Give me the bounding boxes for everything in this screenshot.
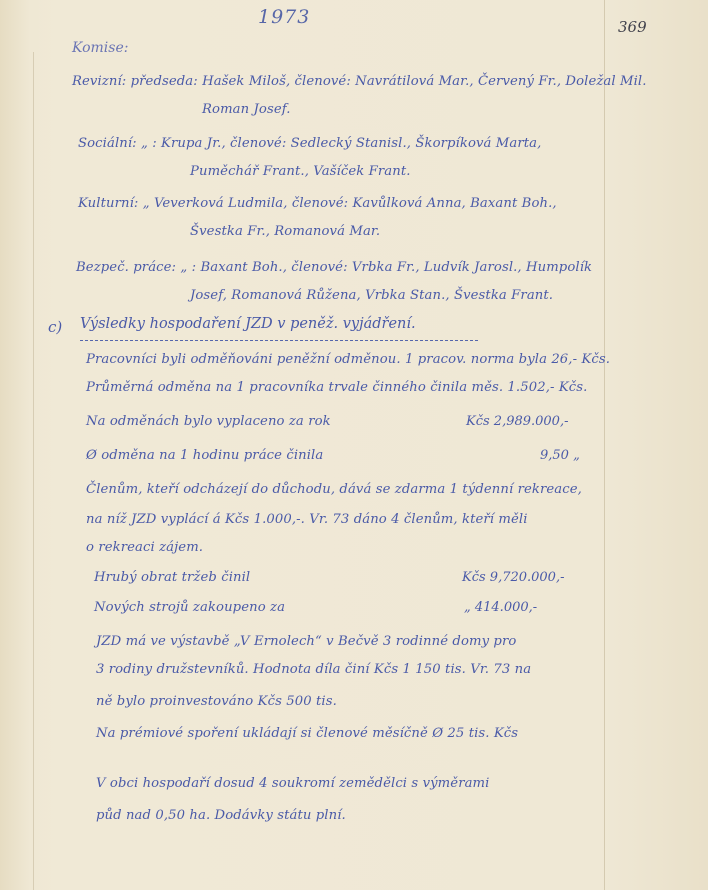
paragraph-line: o rekreaci zájem. <box>86 540 203 555</box>
turnover-value: Kčs 9,720.000,- <box>462 570 564 585</box>
paragraph-line: ně bylo proinvestováno Kčs 500 tis. <box>96 694 337 709</box>
hourly-reward-label: Ø odměna na 1 hodinu práce činila <box>86 448 323 463</box>
section-title: Výsledky hospodaření JZD v peněž. vyjádř… <box>80 316 416 332</box>
machines-value: „ 414.000,- <box>464 600 537 615</box>
paragraph-line: V obci hospodaří dosud 4 soukromí zemědě… <box>96 776 489 791</box>
rewards-value: Kčs 2,989.000,- <box>466 414 568 429</box>
kulturni-commission-line-1: Kulturní: „ Veverková Ludmila, členové: … <box>78 196 557 211</box>
bezpecnost-commission-line-2: Josef, Romanová Růžena, Vrbka Stan., Šve… <box>190 288 553 303</box>
machines-label: Nových strojů zakoupeno za <box>94 600 285 615</box>
paragraph-line: Na prémiové spoření ukládají si členové … <box>96 726 518 741</box>
paragraph-line: na níž JZD vyplácí á Kčs 1.000,-. Vr. 73… <box>86 512 528 527</box>
rewards-label: Na odměnách bylo vyplaceno za rok <box>86 414 331 429</box>
kulturni-commission-line-2: Švestka Fr., Romanová Mar. <box>190 224 380 239</box>
socialni-commission-line-2: Puměchář Frant., Vašíček Frant. <box>190 164 411 179</box>
paragraph-line: půd nad 0,50 ha. Dodávky státu plní. <box>96 808 346 823</box>
revizni-commission-line-1: Revizní: předseda: Hašek Miloš, členové:… <box>72 74 647 89</box>
section-title-underline <box>80 340 478 341</box>
turnover-label: Hrubý obrat tržeb činil <box>94 570 250 585</box>
paragraph-line: 3 rodiny družstevníků. Hodnota díla činí… <box>96 662 531 677</box>
hourly-reward-value: 9,50 „ <box>540 448 580 463</box>
bezpecnost-commission-line-1: Bezpeč. práce: „ : Baxant Boh., členové:… <box>76 260 592 275</box>
section-marker: c) <box>48 318 62 336</box>
right-margin-rule <box>604 0 605 890</box>
paragraph-line: Členům, kteří odcházejí do důchodu, dává… <box>86 482 582 497</box>
revizni-commission-line-2: Roman Josef. <box>202 102 291 117</box>
scanned-page: 1973 369 Komise: Revizní: předseda: Haše… <box>0 0 708 890</box>
page-number: 369 <box>618 18 647 36</box>
paragraph-line: JZD má ve výstavbě „V Ernolech“ v Bečvě … <box>96 634 516 649</box>
left-margin-rule <box>33 52 34 890</box>
commissions-heading: Komise: <box>72 40 128 56</box>
paragraph-line: Průměrná odměna na 1 pracovníka trvale č… <box>86 380 587 395</box>
paragraph-line: Pracovníci byli odměňováni peněžní odměn… <box>86 352 610 367</box>
year-heading: 1973 <box>258 6 310 28</box>
socialni-commission-line-1: Sociální: „ : Krupa Jr., členové: Sedlec… <box>78 136 541 151</box>
